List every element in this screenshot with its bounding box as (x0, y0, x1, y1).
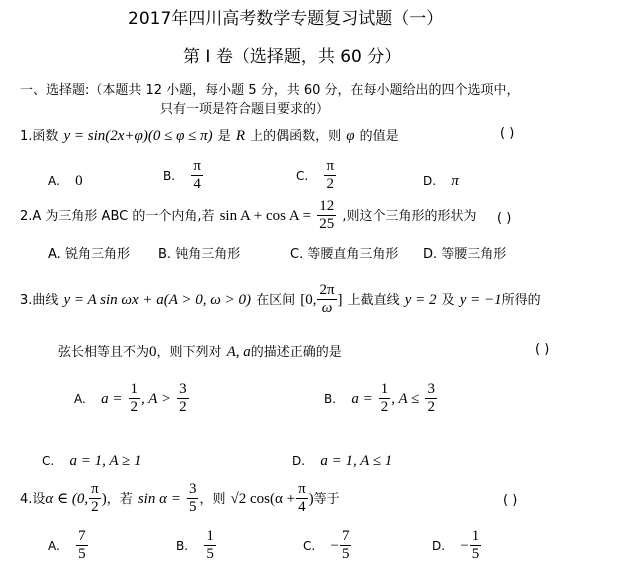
q2-answer-blank: ( ) (497, 211, 511, 226)
exam-title: 2017年四川高考数学专题复习试题（一） (128, 4, 443, 29)
q1-option-a: A. 0 (48, 170, 83, 190)
q1-formula: y = sin(2x+φ)(0 ≤ φ ≤ π) (64, 128, 213, 144)
question-1-stem: 1.函数 y = sin(2x+φ)(0 ≤ φ ≤ π) 是 R 上的偶函数，… (20, 125, 399, 145)
question-3-stem-line-2: 弦长相等且不为0，则下列对 A, a的描述正确的是 (58, 341, 342, 361)
question-3-stem: 3.曲线 y = A sin ωx + a(A > 0, ω > 0) 在区间 … (20, 282, 541, 317)
q2-option-d: D. 等腰三角形 (423, 243, 506, 262)
q4-answer-blank: ( ) (503, 493, 517, 508)
q2-option-c: C. 等腰直角三角形 (290, 243, 398, 262)
instructions-line-2: 只有一项是符合题目要求的） (160, 98, 329, 117)
question-2-stem: 2.A 为三角形 ABC 的一个内角,若 sin A + cos A = 122… (20, 198, 476, 233)
q1-option-d: D. π (423, 170, 459, 190)
q1-answer-blank: ( ) (500, 126, 514, 141)
q3-option-b: B. a = 12, A ≤ 32 (324, 381, 438, 416)
q3-option-d: D. a = 1, A ≤ 1 (292, 450, 392, 470)
q4-option-c: C. −75 (303, 528, 352, 563)
section-title: 第 I 卷（选择题，共 60 分） (183, 42, 401, 67)
q1-option-c: C. π2 (296, 158, 337, 193)
q2-option-b: B. 钝角三角形 (158, 243, 240, 262)
q1-option-b: B. π4 (163, 158, 204, 193)
q3-answer-blank: ( ) (535, 342, 549, 357)
q4-option-a: A. 75 (48, 528, 89, 563)
q2-option-a: A. 锐角三角形 (48, 243, 130, 262)
q4-option-b: B. 15 (176, 528, 217, 563)
q4-option-d: D. −15 (432, 528, 482, 563)
q3-option-c: C. a = 1, A ≥ 1 (42, 450, 141, 470)
q3-option-a: A. a = 12, A > 32 (74, 381, 190, 416)
question-4-stem: 4.设α ∈ (0,π2)，若 sin α = 35，则 √2 cos(α +π… (20, 481, 340, 516)
instructions-line-1: 一、选择题:（本题共 12 小题，每小题 5 分，共 60 分，在每小题给出的四… (20, 79, 520, 98)
